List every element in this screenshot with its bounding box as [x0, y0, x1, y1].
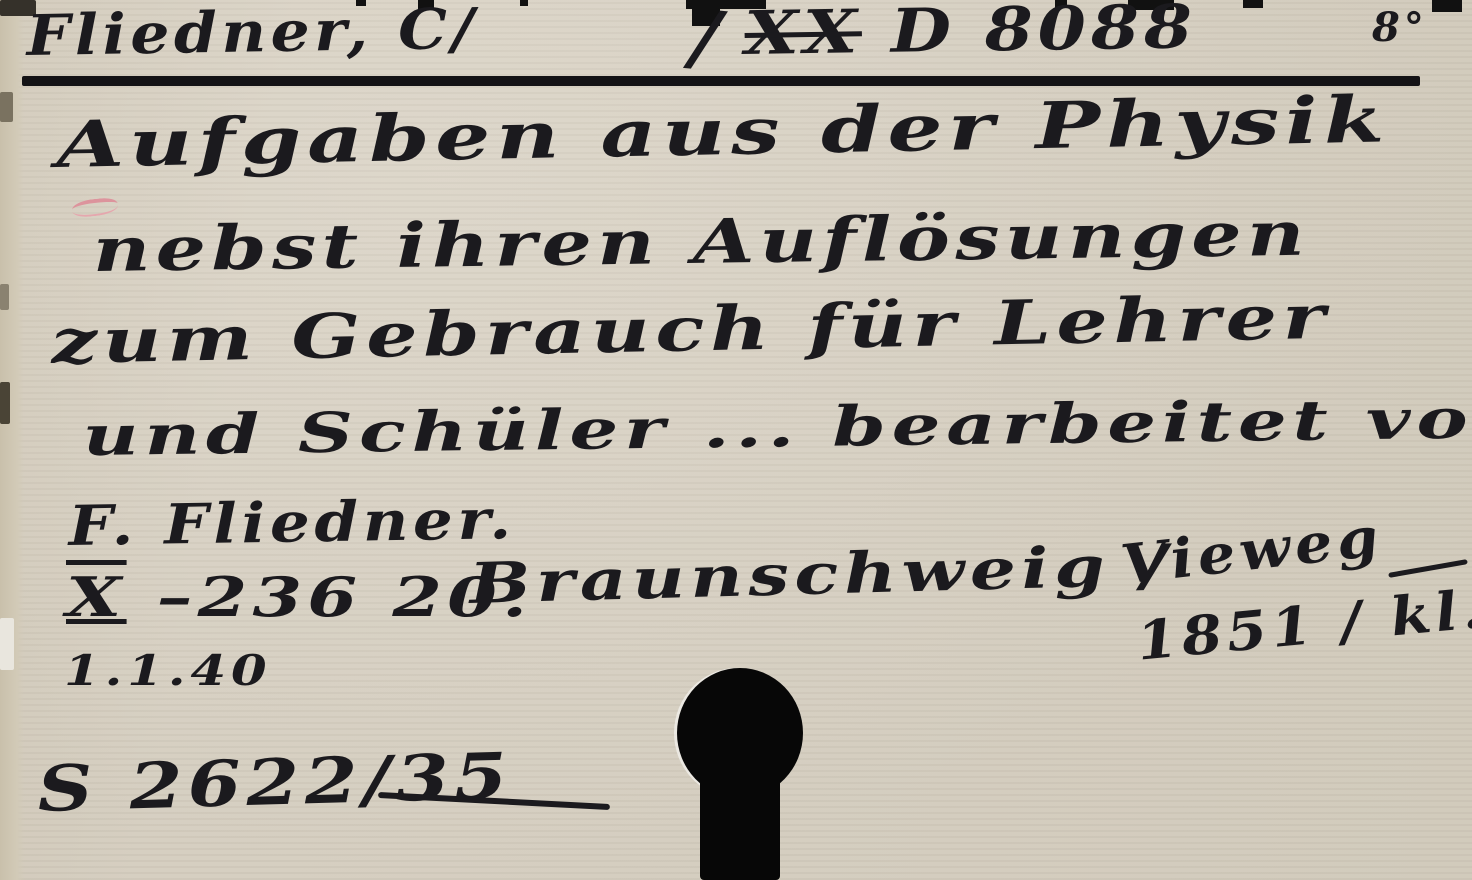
scan-edge-left: [0, 0, 24, 880]
shelfmark-separator: /: [688, 0, 727, 77]
header-rule: [22, 76, 1420, 86]
imprint-publisher: Vieweg: [1118, 509, 1386, 592]
scan-blotch: [0, 382, 10, 424]
scan-blotch: [0, 284, 9, 310]
scan-blotch: [0, 618, 14, 670]
imprint-year: 1851 / kl.: [1134, 583, 1472, 669]
shelfmark-number: D 8088: [861, 0, 1197, 67]
title-line-2: nebst ihren Auflösungen: [92, 204, 1310, 281]
date-note: 1.1.40: [64, 650, 272, 692]
author-heading: Fliedner, C/: [26, 1, 479, 64]
format-mark: 8°: [1372, 8, 1428, 48]
title-line-4: und Schüler ... bearbeitet von: [82, 390, 1472, 463]
imprint-place: Braunschweig /: [468, 537, 1174, 612]
accession-number: S 2622/35: [36, 744, 514, 821]
title-line-1: Aufgaben aus der Physik: [55, 88, 1390, 178]
punch-hole-slot: [700, 778, 780, 880]
title-line-3: zum Gebrauch für Lehrer: [50, 287, 1331, 373]
pen-stroke: [1388, 559, 1468, 578]
scan-smudge: [520, 0, 528, 6]
shelfmark: XX D 8088: [744, 0, 1197, 64]
title-line-5: F. Fliedner.: [68, 491, 516, 553]
catalog-card: Fliedner, C/ / XX D 8088 8° Aufgaben aus…: [0, 0, 1472, 880]
scan-smudge: [1432, 0, 1462, 12]
catalog-number-x: X: [66, 565, 127, 629]
scan-smudge: [1243, 0, 1263, 8]
shelfmark-crossed: XX: [744, 0, 863, 69]
scan-blotch: [0, 92, 13, 122]
catalog-number: X –236 20.: [66, 570, 532, 624]
